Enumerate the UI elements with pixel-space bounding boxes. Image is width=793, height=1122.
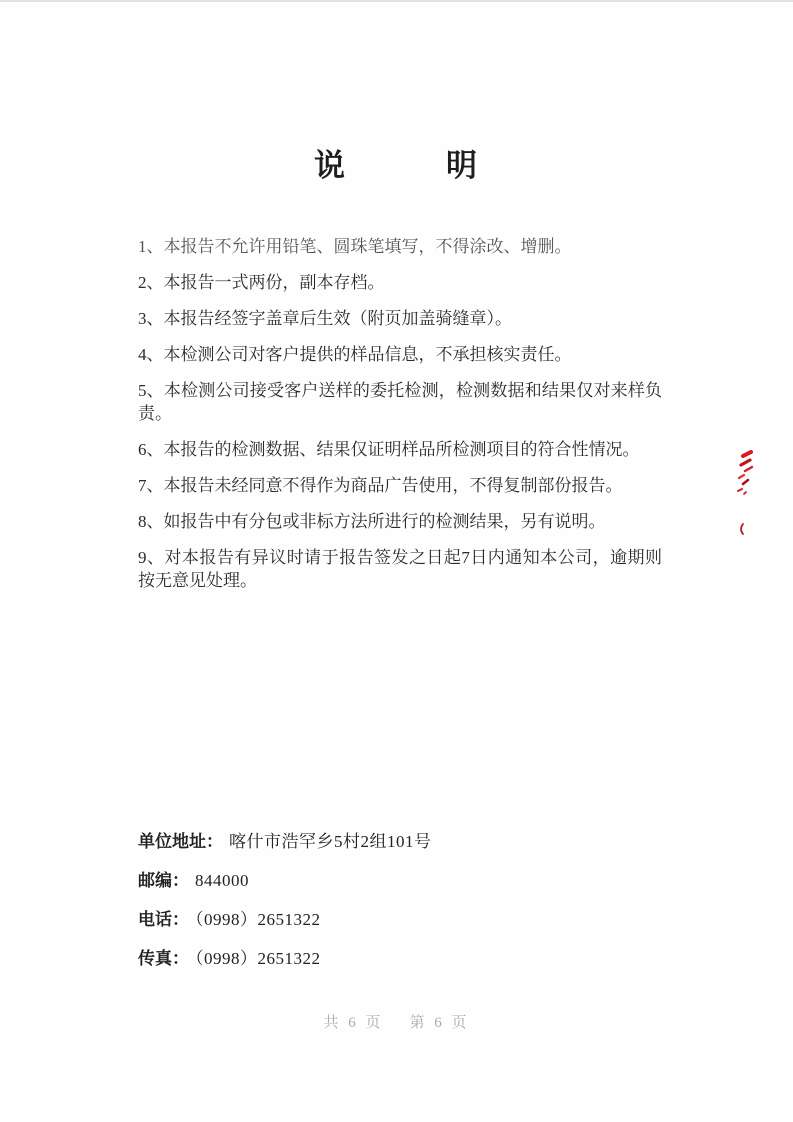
page-number-footer: 共 6 页第 6 页: [0, 1011, 793, 1032]
note-item-2: 2、本报告一式两份，副本存档。: [138, 271, 662, 294]
page-title: 说 明: [0, 2, 793, 185]
postcode-value: 844000: [195, 871, 249, 890]
address-value: 喀什市浩罕乡5村2组101号: [229, 832, 432, 851]
contact-fax: 传真：（0998）2651322: [138, 947, 793, 971]
current-page: 第 6 页: [410, 1015, 470, 1031]
note-item-1: 1、本报告不允许用铅笔、圆珠笔填写，不得涂改、增删。: [138, 235, 662, 258]
phone-label: 电话：: [138, 910, 189, 929]
red-seal-fragment-icon: [731, 450, 761, 542]
fax-value: （0998）2651322: [195, 949, 321, 968]
contact-phone: 电话：（0998）2651322: [138, 908, 793, 932]
note-item-4: 4、本检测公司对客户提供的样品信息，不承担核实责任。: [138, 343, 662, 366]
note-item-5: 5、本检测公司接受客户送样的委托检测，检测数据和结果仅对来样负责。: [138, 379, 662, 425]
note-item-9: 9、对本报告有异议时请于报告签发之日起7日内通知本公司，逾期则按无意见处理。: [138, 546, 662, 592]
note-item-8: 8、如报告中有分包或非标方法所进行的检测结果，另有说明。: [138, 510, 662, 533]
total-pages: 共 6 页: [323, 1015, 383, 1031]
fax-label: 传真：: [138, 949, 189, 968]
address-label: 单位地址：: [138, 832, 223, 851]
contact-block: 单位地址：喀什市浩罕乡5村2组101号 邮编：844000 电话：（0998）2…: [138, 830, 793, 971]
contact-postcode: 邮编：844000: [138, 869, 793, 893]
note-item-6: 6、本报告的检测数据、结果仅证明样品所检测项目的符合性情况。: [138, 438, 662, 461]
notes-list: 1、本报告不允许用铅笔、圆珠笔填写，不得涂改、增删。 2、本报告一式两份，副本存…: [138, 235, 662, 592]
note-item-3: 3、本报告经签字盖章后生效（附页加盖骑缝章）。: [138, 307, 662, 330]
phone-value: （0998）2651322: [195, 910, 321, 929]
note-item-7: 7、本报告未经同意不得作为商品广告使用，不得复制部份报告。: [138, 474, 662, 497]
postcode-label: 邮编：: [138, 871, 189, 890]
contact-address: 单位地址：喀什市浩罕乡5村2组101号: [138, 830, 793, 854]
report-notes-page: 说 明 1、本报告不允许用铅笔、圆珠笔填写，不得涂改、增删。 2、本报告一式两份…: [0, 0, 793, 1122]
